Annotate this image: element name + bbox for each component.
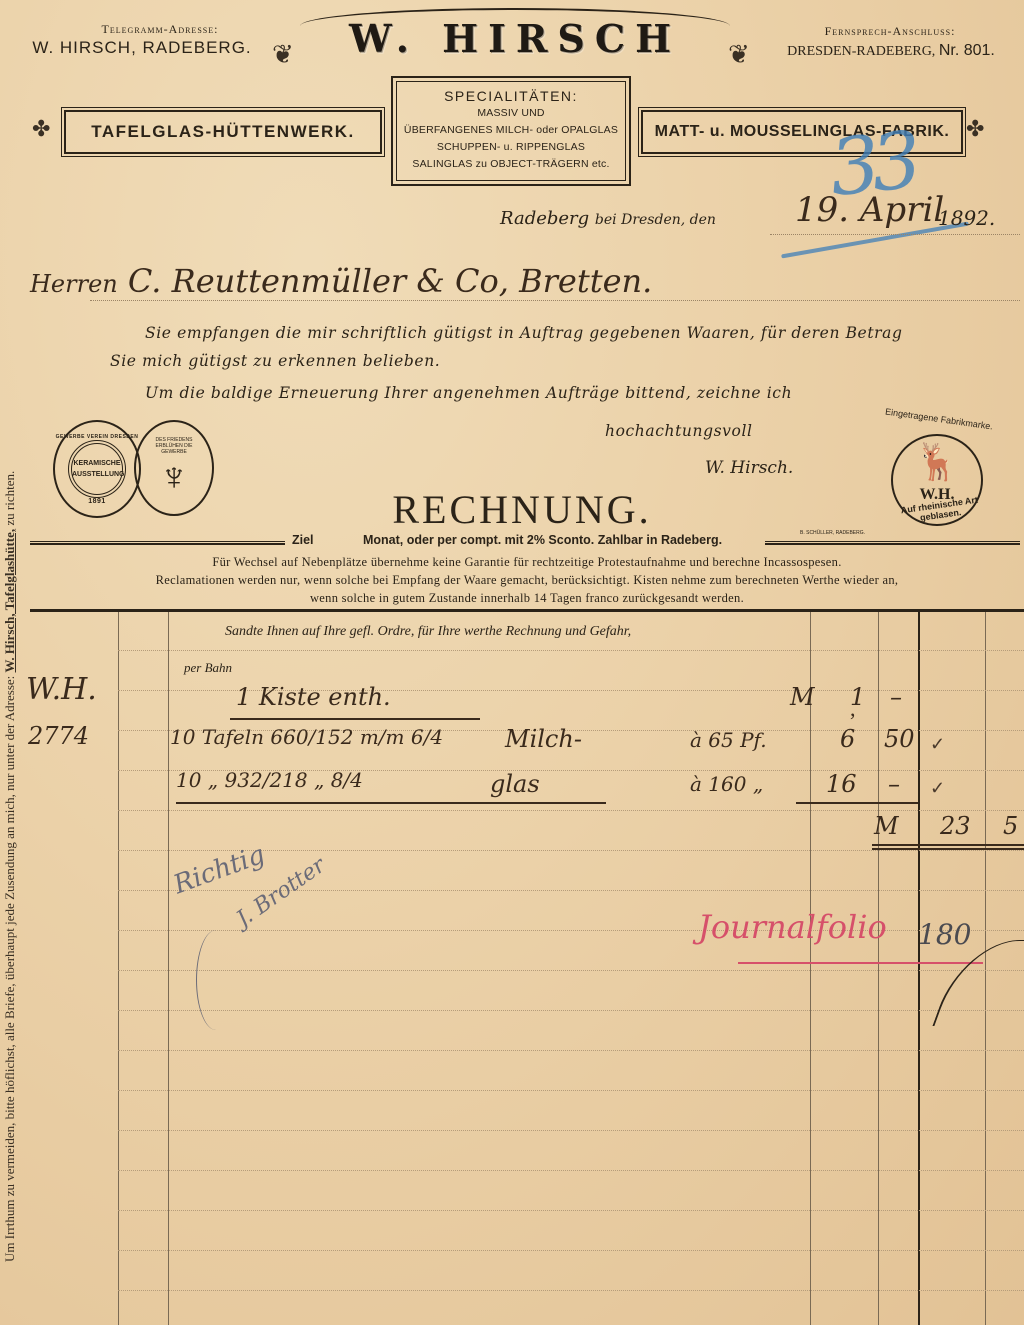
shipment-intro: Sandte Ihnen auf Ihre gefl. Ordre, für I… (225, 624, 631, 640)
medal-gewerbeverein: GEWERBE VEREIN DRESDEN KERAMISCHE AUSSTE… (53, 420, 141, 518)
phone-label: Fernsprech-Anschluss: (780, 24, 1000, 39)
brand-banner: W. HIRSCH (300, 8, 730, 68)
speciality-line: MASSIV UND (393, 105, 629, 122)
date-rule (770, 234, 1020, 235)
ornament-right-icon: ❦ (728, 40, 750, 70)
ledger-row-rule (118, 890, 1024, 891)
item-desc: 10 Tafeln 660/152 m/m 6/4 (170, 725, 443, 749)
medal-angel: DES FRIEDENS ERBLÜHEN DIE GEWERBE ♆ (134, 420, 214, 516)
invoice-title: RECHNUNG. (380, 486, 664, 533)
phone-city: DRESDEN-RADEBERG, (787, 44, 935, 59)
sidebar-address-note: Um Irrthum zu vermeiden, bitte höflichst… (2, 182, 18, 1262)
ledger-row-rule (118, 970, 1024, 971)
closing: hochachtungsvoll (605, 422, 753, 440)
specialities-heading: SPECIALITÄTEN: (393, 88, 629, 104)
subtotal-underline (796, 802, 918, 804)
terms-rule-left (30, 541, 285, 545)
brand-name: W. HIRSCH (300, 10, 730, 61)
fleuron-left-icon: ✤ (32, 116, 50, 142)
phone-address: DRESDEN-RADEBERG, Nr. 801. (776, 42, 1006, 60)
fine-print-2: Reclamationen werden nur, wenn solche be… (0, 573, 1024, 588)
ledger-row-rule (118, 1010, 1024, 1011)
medal-rim-text: GEWERBE VEREIN DRESDEN (56, 434, 139, 440)
fine-print-3: wenn solche in gutem Zustande innerhalb … (0, 591, 1024, 606)
items-underline (176, 802, 606, 804)
column-line-thick (918, 612, 920, 1325)
item-rate: à 65 Pf. (690, 728, 767, 752)
medal-center-2: AUSSTELLUNG (72, 469, 122, 480)
medal2-rim-text: DES FRIEDENS ERBLÜHEN DIE GEWERBE (136, 437, 212, 455)
tafelglas-box: TAFELGLAS-HÜTTENWERK. (64, 110, 382, 154)
total-mark: 23 (940, 812, 971, 840)
speciality-line: SALINGLAS zu OBJECT-TRÄGERN etc. (393, 156, 629, 173)
shipping-method: per Bahn (184, 660, 232, 676)
mousselinglas-box: MATT- u. MOUSSELINGLAS-FABRIK. (641, 110, 963, 154)
place-suffix: bei Dresden, den (595, 212, 716, 228)
item-pf: – (890, 683, 902, 711)
item-pf: 50 (884, 725, 915, 753)
sidebar-note-text: Um Irrthum zu vermeiden, bitte höflichst… (2, 676, 17, 1262)
ditto-mark: , (850, 696, 856, 722)
medal-year: 1891 (88, 498, 106, 505)
date-handwritten: 19. April (795, 190, 944, 230)
trademark-top: Eingetragene Fabrikmarke. (884, 406, 994, 431)
ledger-row-rule (118, 1050, 1024, 1051)
recipient-city: Bretten. (519, 262, 652, 300)
payment-terms-row: Ziel Monat, oder per compt. mit 2% Scont… (30, 533, 1024, 551)
date-year: 1892. (938, 206, 995, 230)
item-pf: – (888, 770, 900, 798)
ledger-row-rule (118, 1290, 1024, 1291)
letter-line-3: Um die baldige Erneuerung Ihrer angenehm… (145, 384, 792, 402)
item-rate: à 160 „ (690, 772, 763, 796)
red-ink-underline (738, 962, 983, 964)
item-glass-type: Milch- (505, 725, 582, 753)
item-desc: 10 „ 932/218 „ 8/4 (176, 768, 363, 792)
total-currency: M (874, 812, 899, 840)
medal-wreath: KERAMISCHE AUSSTELLUNG (68, 440, 126, 498)
telegram-label: Telegramm-Adresse: (60, 22, 260, 37)
total-double-rule (872, 848, 1024, 850)
column-line (810, 612, 811, 1325)
ledger-row-rule (118, 1170, 1024, 1171)
salutation: Herren (30, 270, 118, 298)
red-ink-note: Journalfolio (698, 908, 887, 946)
recipient-name: C. Reuttenmüller & Co, (128, 262, 509, 300)
ornament-left-icon: ❦ (272, 40, 294, 70)
item-underline (230, 718, 480, 720)
item-glass-type: glas (490, 770, 540, 798)
speciality-line: ÜBERFANGENES MILCH- oder OPALGLAS (393, 122, 629, 139)
recipient-rule (90, 300, 1020, 301)
telegram-address: W. HIRSCH, RADEBERG. (22, 38, 262, 58)
check-mark-icon: ✓ (930, 778, 945, 799)
ledger-row-rule (118, 810, 1024, 811)
total-pf: 5 (1003, 812, 1018, 840)
payment-terms: Monat, oder per compt. mit 2% Sconto. Za… (363, 533, 722, 547)
ledger-row-rule (118, 1090, 1024, 1091)
fine-print-1: Für Wechsel auf Nebenplätze übernehme ke… (0, 555, 1024, 570)
speciality-line: SCHUPPEN- u. RIPPENGLAS (393, 139, 629, 156)
signature: W. Hirsch. (705, 458, 793, 478)
check-mark-icon: ✓ (930, 734, 945, 755)
angel-icon: ♆ (159, 455, 189, 499)
column-line (878, 612, 879, 1325)
ledger-row-rule (118, 1210, 1024, 1211)
medal-center-1: KERAMISCHE (72, 458, 122, 469)
package-number: 2774 (28, 722, 89, 750)
pencil-flourish (196, 930, 236, 1030)
package-mark: W.H. (26, 672, 97, 707)
phone-number: Nr. 801. (939, 42, 995, 59)
terms-rule-right (765, 541, 1020, 545)
specialities-box: SPECIALITÄTEN: MASSIV UND ÜBERFANGENES M… (391, 76, 631, 186)
column-line (168, 612, 169, 1325)
place-line: Radeberg bei Dresden, den (500, 208, 716, 229)
ink-check-flourish (932, 940, 1024, 1026)
letter-line-1: Sie empfangen die mir schriftlich gütigs… (145, 324, 903, 342)
ledger-row-rule (118, 1130, 1024, 1131)
ledger-row-rule (118, 930, 1024, 931)
item-currency: M (790, 683, 815, 711)
recipient-line: Herren C. Reuttenmüller & Co, Bretten. (30, 262, 652, 300)
stag-icon: 🦌 (893, 438, 981, 486)
item-desc: 1 Kiste enth. (236, 683, 391, 711)
ledger-row-rule (118, 1250, 1024, 1251)
fleuron-right-icon: ✤ (966, 116, 984, 142)
pencil-folio-number: 180 (918, 918, 971, 951)
item-mark: 6 (840, 725, 855, 753)
place-name: Radeberg (500, 208, 589, 229)
total-double-rule (872, 844, 1024, 846)
ledger-row-rule (118, 650, 1024, 651)
item-mark: 16 (826, 770, 857, 798)
column-line (118, 612, 119, 1325)
ziel-label: Ziel (292, 533, 314, 547)
pencil-note-richtig: Richtig (170, 840, 269, 901)
ledger-top-rule (30, 609, 1024, 612)
sidebar-note-end: zu richten. (2, 471, 17, 526)
letter-line-2: Sie mich gütigst zu erkennen belieben. (110, 352, 440, 370)
